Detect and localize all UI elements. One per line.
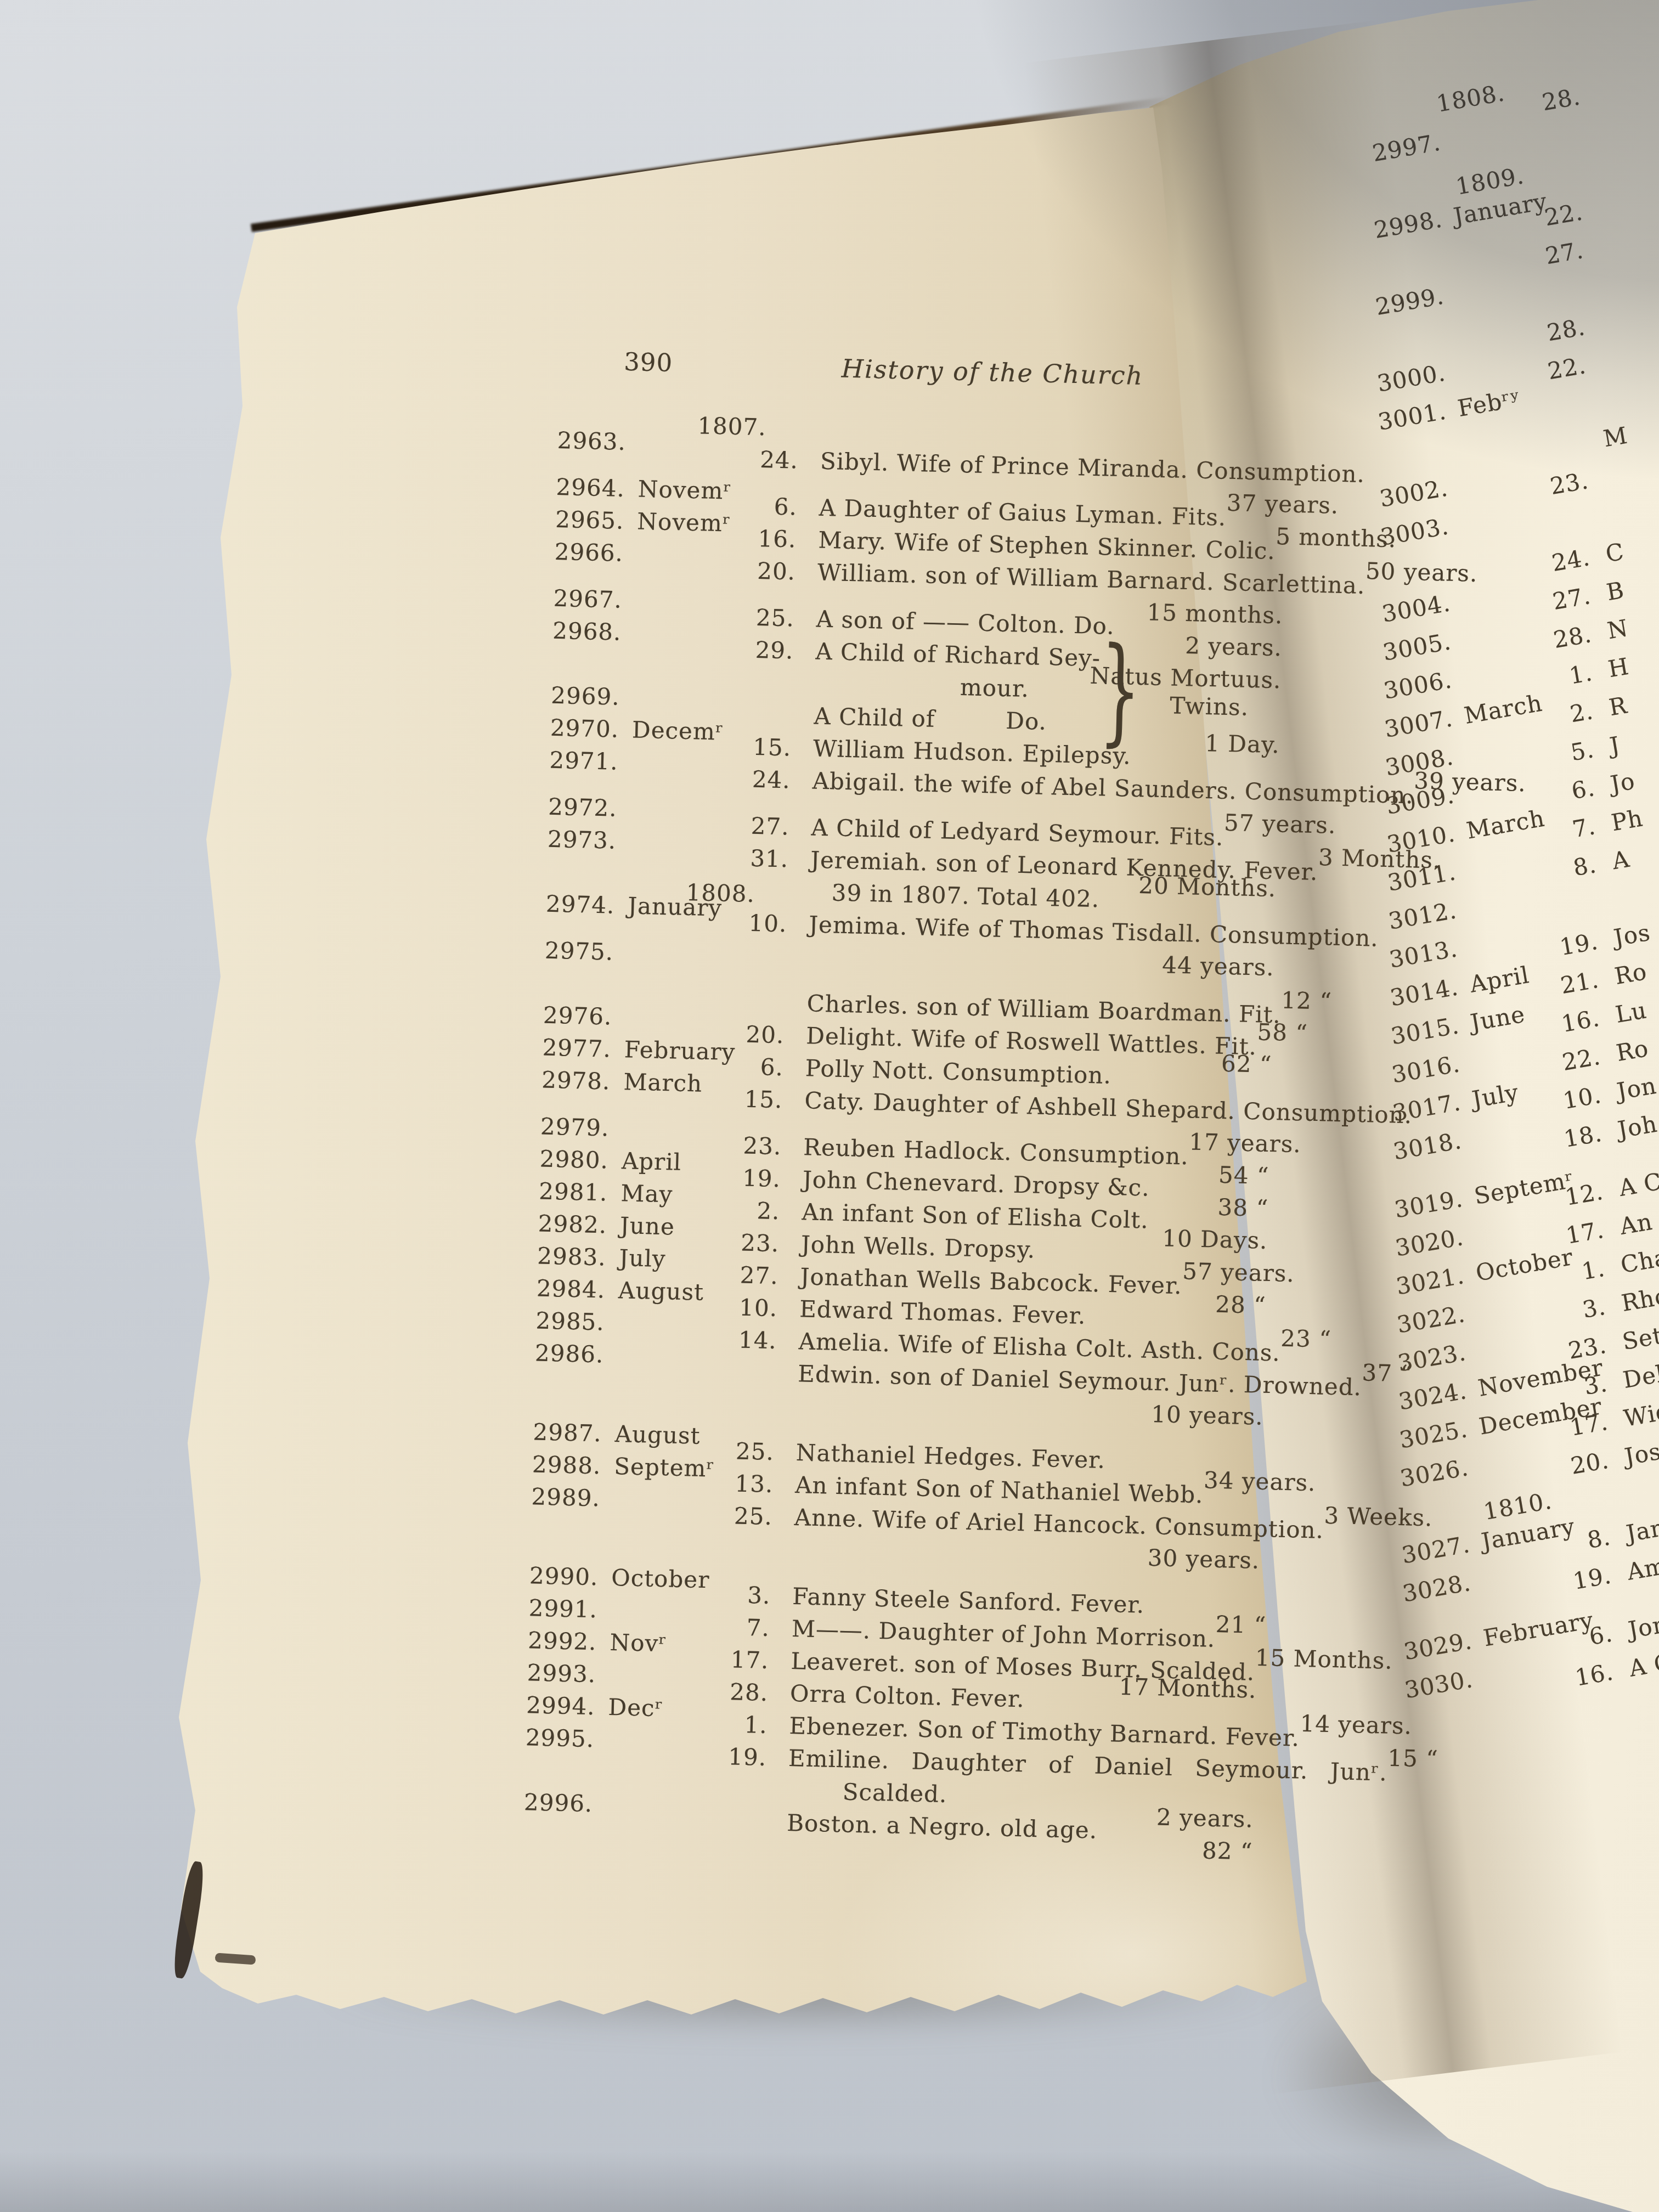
record-number: 2985.: [535, 1307, 605, 1335]
record-day: [714, 1402, 775, 1436]
record-day: 23.: [721, 1129, 782, 1163]
record-month: January: [628, 892, 723, 921]
record-day: [715, 1356, 776, 1390]
record-number: 2963.: [557, 427, 626, 455]
record-text: [804, 1116, 804, 1131]
record-text-fragment: Jonat: [1626, 1601, 1659, 1650]
record-number-block: [522, 1832, 704, 1869]
record-number: 2969.: [551, 682, 620, 710]
record-number-block: 2995.: [525, 1735, 707, 1772]
record-text-fragment: [1597, 267, 1604, 304]
record-day: 14.: [716, 1323, 777, 1357]
record-text: [820, 477, 820, 492]
record-text-fragment: Rho: [1618, 1277, 1659, 1323]
record-day: [721, 1115, 782, 1131]
record-number: 2968.: [552, 617, 622, 646]
record-text-fragment: Ro: [1613, 1029, 1652, 1073]
record-text-fragment: J: [1607, 726, 1623, 765]
record-day: [726, 939, 787, 955]
record-number-block: 2975.: [544, 949, 726, 985]
record-day: 2.: [719, 1194, 780, 1228]
book-photo: 390 History of the Church 1807. 2963. 24…: [0, 0, 1659, 2212]
record-number: 2975.: [544, 937, 613, 966]
record-month: May: [620, 1180, 673, 1207]
record-text-fragment: [1593, 75, 1600, 112]
record-number: 2996.: [524, 1788, 593, 1817]
record-day: 23.: [718, 1226, 779, 1260]
record-month: Septemʳ: [614, 1453, 715, 1482]
record-number-block: 2966.: [554, 550, 735, 586]
record-day: 7.: [709, 1610, 770, 1644]
record-month: Novemʳ: [637, 476, 732, 505]
record-text-fragment: An: [1617, 1203, 1655, 1246]
record-text-fragment: Deli: [1620, 1353, 1659, 1400]
record-number: 2990.: [529, 1562, 599, 1590]
record-day: 27.: [718, 1259, 778, 1293]
record-number: 2972.: [548, 793, 617, 822]
record-number: 2971.: [549, 747, 618, 775]
record-day: 10.: [726, 906, 787, 940]
record-day: [725, 953, 786, 987]
record-day: 31.: [728, 842, 789, 876]
record-number: 2967.: [553, 585, 622, 613]
record-text-fragment: C: [1603, 533, 1627, 574]
record-text-fragment: [1596, 228, 1603, 266]
record-day: 19.: [706, 1740, 767, 1774]
record-text-fragment: Ph: [1609, 799, 1646, 842]
record-number: 2992.: [528, 1627, 597, 1655]
record-text: mour.: [814, 668, 1029, 706]
record-text: A Child of Do.: [814, 700, 1047, 738]
record-month: Decʳ: [608, 1694, 664, 1722]
record-text-fragment: A: [1609, 840, 1633, 881]
record-month: March: [623, 1068, 703, 1097]
record-day: [710, 1545, 771, 1579]
record-number-block: 2963.: [556, 438, 738, 475]
record-text: [786, 1839, 786, 1871]
record-number: 2964.: [556, 473, 625, 502]
record-number-block: 2996.: [523, 1800, 705, 1837]
record-number-block: 2968.: [552, 629, 733, 665]
record-text-fragment: Joh: [1615, 1105, 1659, 1149]
record-number: 2981.: [539, 1178, 608, 1206]
record-day: [715, 1387, 776, 1403]
record-number: 2980.: [539, 1145, 608, 1174]
record-text: Scalded.: [787, 1774, 947, 1810]
record-text-fragment: N: [1604, 609, 1631, 650]
record-number: 2987.: [533, 1418, 602, 1447]
record-number: 2979.: [540, 1113, 610, 1142]
record-day: [703, 1837, 764, 1871]
record-text: [817, 589, 817, 603]
record-text-fragment: [1600, 382, 1606, 420]
record-number: 2995.: [525, 1724, 594, 1752]
record-text: [808, 955, 808, 987]
record-number: 2977.: [542, 1034, 611, 1063]
record-number: 2978.: [541, 1066, 611, 1095]
record-day: 10.: [717, 1291, 778, 1325]
page-number: 390: [624, 347, 673, 377]
record-text: 1807.: [697, 409, 767, 443]
record-text: [793, 1548, 793, 1580]
record-month: Decemʳ: [632, 716, 724, 745]
record-text-fragment: R: [1606, 686, 1630, 727]
record-month: Novemʳ: [637, 508, 731, 537]
record-day: 24.: [730, 763, 791, 797]
record-number-block: 2974.January: [545, 902, 727, 939]
record-day: [704, 1804, 765, 1838]
record-day: [735, 586, 795, 602]
record-text-fragment: Jo: [1607, 762, 1638, 804]
record-month: August: [614, 1420, 701, 1449]
record-number: 2986.: [535, 1339, 604, 1368]
record-day: 13.: [713, 1466, 774, 1500]
record-day: [732, 665, 793, 699]
record-text: [797, 1390, 798, 1404]
record-text-fragment: [1594, 113, 1600, 151]
record-text-fragment: [1601, 459, 1608, 496]
record-day: 1.: [707, 1707, 768, 1741]
record-text: [811, 797, 812, 811]
record-day: 15.: [722, 1082, 783, 1116]
record-day: [724, 985, 785, 1019]
record-number: 2994.: [526, 1691, 595, 1720]
record-text: [794, 1533, 794, 1548]
record-day: 25.: [712, 1499, 772, 1533]
record-text: [808, 940, 809, 955]
record-day: 29.: [733, 633, 794, 667]
record-day: 18.: [1544, 1114, 1605, 1161]
record-text-fragment: Jon: [1614, 1066, 1659, 1111]
record-number: 2983.: [537, 1243, 606, 1271]
record-text-fragment: A C: [1616, 1163, 1659, 1207]
record-number-block: 2989.: [531, 1494, 712, 1531]
record-month: February: [624, 1036, 736, 1065]
record-number-block: 2978.March: [541, 1078, 723, 1115]
record-month: June: [620, 1212, 675, 1240]
record-day: 25.: [733, 601, 794, 635]
record-number: 2982.: [538, 1210, 607, 1239]
record-number: 2973.: [547, 826, 616, 854]
record-day: 27.: [729, 809, 789, 843]
record-text-fragment: [1602, 497, 1609, 535]
record-day: [705, 1772, 766, 1806]
record-month: October: [611, 1564, 710, 1593]
record-day: 17.: [708, 1643, 769, 1677]
record-text-fragment: [1598, 305, 1605, 343]
record-number: 2970.: [550, 714, 619, 743]
record-day: [729, 795, 790, 811]
record-day: [737, 475, 798, 491]
record-day: 15.: [731, 730, 792, 764]
record-month: Novʳ: [610, 1629, 668, 1657]
record-text-fragment: Wid: [1621, 1392, 1659, 1437]
record-month: August: [618, 1277, 704, 1306]
record-day: 28.: [707, 1675, 768, 1709]
record-day: 25.: [713, 1434, 774, 1468]
record-day: [712, 1531, 772, 1547]
record-text-fragment: [1599, 343, 1605, 381]
record-text-fragment: [1610, 881, 1617, 919]
record-text: John Wells. Dropsy.: [800, 1228, 1036, 1266]
record-day: [731, 698, 792, 732]
record-number-block: 2973.: [547, 837, 729, 874]
record-number: 2966.: [554, 538, 623, 567]
record-number: 2965.: [555, 506, 624, 534]
record-month: April: [621, 1147, 681, 1176]
record-number: 2993.: [527, 1659, 596, 1688]
record-day: 24.: [737, 443, 798, 477]
record-text-fragment: Lu: [1612, 991, 1650, 1034]
record-day: 19.: [720, 1161, 781, 1195]
record-text-fragment: [1595, 190, 1602, 228]
record-month: July: [619, 1244, 666, 1272]
record-number-block: 2986.: [534, 1351, 716, 1387]
record-text: [797, 1404, 797, 1436]
record-number: 2989.: [531, 1483, 600, 1511]
record-number: 2974.: [546, 890, 615, 919]
record-number: 2984.: [536, 1274, 605, 1303]
record-text-fragment: Jos: [1611, 913, 1654, 957]
record-day: 20.: [735, 554, 795, 588]
record-day: 3.: [710, 1578, 771, 1612]
record-text-fragment: Ro: [1612, 952, 1650, 996]
record-number: 2988.: [532, 1451, 601, 1479]
record-day: 16.: [736, 522, 797, 556]
record-number: 2976.: [543, 1002, 612, 1030]
record-number: 2991.: [528, 1594, 597, 1623]
record-text-fragment: Cha: [1618, 1238, 1659, 1284]
record-day: 6.: [736, 489, 797, 523]
record-text-fragment: B: [1604, 571, 1627, 612]
record-text: Orra Colton. Fever.: [789, 1677, 1025, 1715]
record-text-fragment: M: [1600, 416, 1630, 458]
record-text-fragment: H: [1605, 647, 1632, 689]
record-number-block: 2971.: [549, 758, 730, 795]
